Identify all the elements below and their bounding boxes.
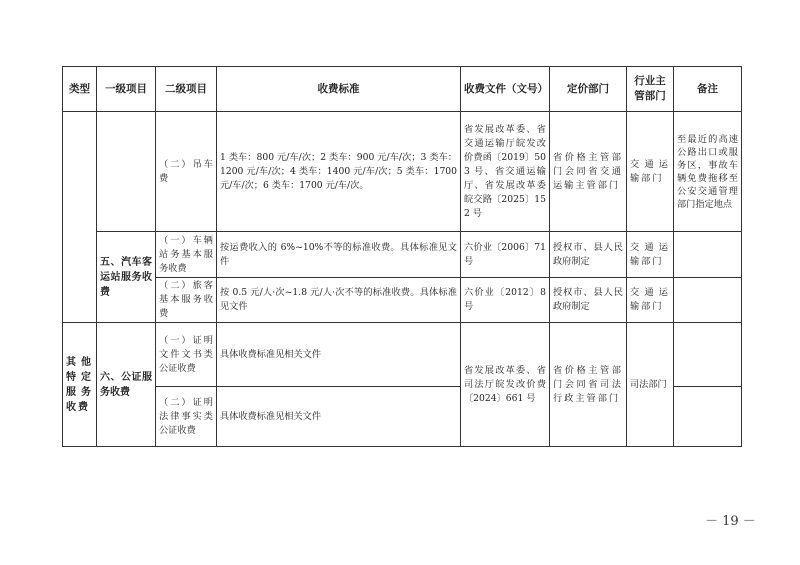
table-row: 五、汽车客运站服务收费 （一）车辆站务基本服务收费 按运费收入的 6%~10%不… — [63, 232, 742, 278]
header-level2: 二级项目 — [156, 67, 217, 112]
type-cell: 其他特定服务收费 — [63, 323, 97, 447]
industry-dept-cell: 交通运输部门 — [627, 112, 674, 232]
document-cell: 六价业〔2012〕8 号 — [461, 278, 550, 323]
type-cell-empty — [63, 112, 97, 323]
level2-cell: （一）车辆站务基本服务收费 — [156, 232, 217, 278]
level2-cell: （二）吊车费 — [156, 112, 217, 232]
pricing-dept-cell: 省价格主管部门会同省司法行政主管部门 — [550, 323, 627, 447]
header-level1: 一级项目 — [97, 67, 156, 112]
pricing-dept-cell: 省价格主管部门会同省交通运输主管部门 — [550, 112, 627, 232]
document-cell: 省发展改革委、省交通运输厅皖发改价费函〔2019〕503 号、省交通运输厅、省发… — [461, 112, 550, 232]
standard-cell: 按 0.5 元/人·次~1.8 元/人·次不等的标准收费。具体标准见文件 — [217, 278, 461, 323]
level2-cell: （一）证明文件文书类公证收费 — [156, 323, 217, 387]
remark-cell — [674, 387, 742, 447]
header-document: 收费文件（文号） — [461, 67, 550, 112]
pricing-dept-cell: 授权市、县人民政府制定 — [550, 278, 627, 323]
level1-cell: 六、公证服务收费 — [97, 323, 156, 447]
industry-dept-cell: 交通运输部门 — [627, 232, 674, 278]
standard-cell: 1 类车：800 元/车/次；2 类车：900 元/车/次；3 类车：1200 … — [217, 112, 461, 232]
level2-cell: （二）旅客基本服务收费 — [156, 278, 217, 323]
document-cell: 省发展改革委、省司法厅皖发改价费〔2024〕661 号 — [461, 323, 550, 447]
industry-dept-cell: 司法部门 — [627, 323, 674, 447]
standard-cell: 具体收费标准见相关文件 — [217, 387, 461, 447]
table-row: （二）吊车费 1 类车：800 元/车/次；2 类车：900 元/车/次；3 类… — [63, 112, 742, 232]
page-number: － 19 － — [705, 510, 756, 529]
level2-cell: （二）证明法律事实类公证收费 — [156, 387, 217, 447]
remark-cell: 至最近的高速公路出口或服务区，事故车辆免费拖移至公安交通管理部门指定地点 — [674, 112, 742, 232]
remark-cell — [674, 278, 742, 323]
table-row: （二）旅客基本服务收费 按 0.5 元/人·次~1.8 元/人·次不等的标准收费… — [63, 278, 742, 323]
header-remark: 备注 — [674, 67, 742, 112]
level1-cell-empty — [97, 112, 156, 232]
pricing-dept-cell: 授权市、县人民政府制定 — [550, 232, 627, 278]
level1-cell: 五、汽车客运站服务收费 — [97, 232, 156, 323]
standard-cell: 具体收费标准见相关文件 — [217, 323, 461, 387]
standard-cell: 按运费收入的 6%~10%不等的标准收费。具体标准见文件 — [217, 232, 461, 278]
industry-dept-cell: 交通运输部门 — [627, 278, 674, 323]
remark-cell — [674, 323, 742, 387]
header-standard: 收费标准 — [217, 67, 461, 112]
header-pricing-dept: 定价部门 — [550, 67, 627, 112]
header-type: 类型 — [63, 67, 97, 112]
header-industry-dept: 行业主管部门 — [627, 67, 674, 112]
document-cell: 六价业〔2006〕71 号 — [461, 232, 550, 278]
table-row: 其他特定服务收费 六、公证服务收费 （一）证明文件文书类公证收费 具体收费标准见… — [63, 323, 742, 387]
header-row: 类型 一级项目 二级项目 收费标准 收费文件（文号） 定价部门 行业主管部门 备… — [63, 67, 742, 112]
remark-cell — [674, 232, 742, 278]
fee-schedule-table: 类型 一级项目 二级项目 收费标准 收费文件（文号） 定价部门 行业主管部门 备… — [62, 66, 742, 447]
